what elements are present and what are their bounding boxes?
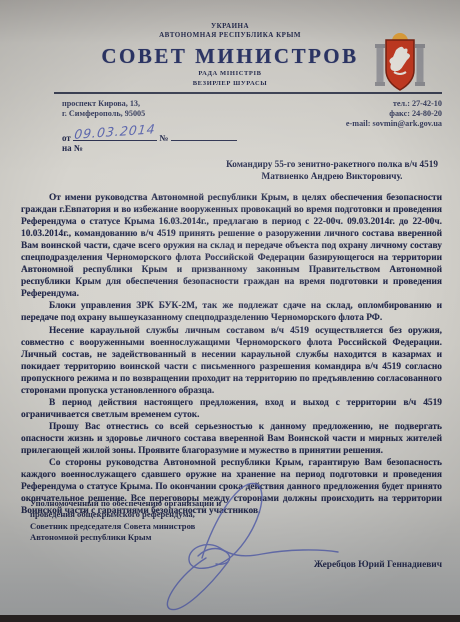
letter-body: От имени руководства Автономной республи… (21, 192, 442, 517)
number-blank-line (171, 130, 237, 141)
signer-name: Жеребцов Юрий Геннадиевич (220, 560, 442, 570)
document-photo: УКРАИНА АВТОНОМНАЯ РЕСПУБЛИКА КРЫМ СОВЕТ… (0, 0, 460, 622)
address-line1: проспект Кирова, 13, (62, 99, 145, 109)
email-line: e-mail: sovmin@ark.gov.ua (346, 119, 442, 129)
addressee-line2: Матвиенко Андрею Викторовичу. (218, 170, 446, 182)
paragraph-5: Прошу Вас отнестись со всей серьезностью… (21, 421, 442, 457)
paragraph-4: В период действия настоящего предложения… (21, 397, 442, 421)
contact-details: тел.: 27-42-10 факс: 24-80-20 e-mail: so… (346, 99, 442, 129)
header-divider (54, 92, 442, 94)
addressee-line1: Командиру 55-го зенитно-ракетного полка … (218, 158, 446, 170)
address-line2: г. Симферополь, 95005 (62, 109, 145, 119)
photo-background-edge (0, 615, 460, 622)
addressee-block: Командиру 55-го зенитно-ракетного полка … (218, 158, 446, 182)
signer-position-line1: Уполномоченный по обеспечению организаци… (30, 498, 260, 509)
number-label: № (159, 133, 168, 143)
reply-ref-label: на № (62, 143, 83, 153)
signer-position-line3: Советник председателя Совета министров (30, 521, 260, 532)
signer-position-line4: Автономной республики Крым (30, 532, 260, 543)
fax-line: факс: 24-80-20 (346, 109, 442, 119)
crimea-coat-of-arms-icon (374, 32, 426, 94)
signer-position-block: Уполномоченный по обеспечению организаци… (30, 498, 260, 543)
paragraph-1: От имени руководства Автономной республи… (21, 192, 442, 300)
country-line: УКРАИНА (0, 22, 460, 31)
paragraph-2: Блоки управления ЗРК БУК-2М, так же подл… (21, 300, 442, 324)
paragraph-3: Несение караульной службы личным составо… (21, 325, 442, 397)
phone-line: тел.: 27-42-10 (346, 99, 442, 109)
signer-position-line2: проведения общекрымского референдума, (30, 509, 260, 520)
